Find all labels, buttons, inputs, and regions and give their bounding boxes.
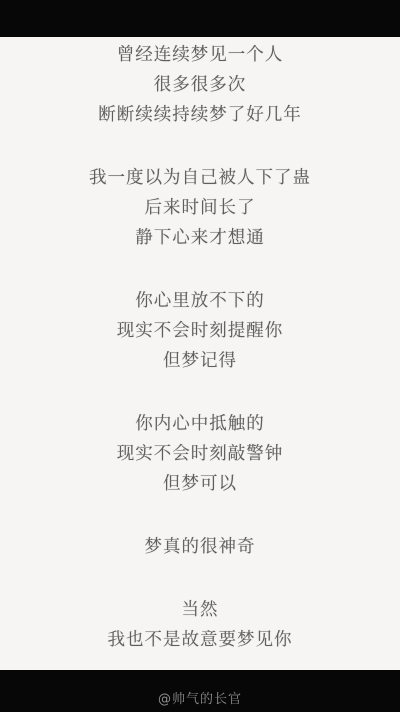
poem-line: 很多很多次 [0, 70, 400, 100]
stanza-6: 当然 我也不是故意要梦见你 [0, 595, 400, 655]
poem-line: 静下心来才想通 [0, 223, 400, 253]
poem-line: 你内心中抵触的 [0, 409, 400, 439]
poem-line: 后来时间长了 [0, 193, 400, 223]
letterbox-top-bar [0, 0, 400, 37]
poem-line: 你心里放不下的 [0, 286, 400, 316]
poem-line: 但梦记得 [0, 346, 400, 376]
stanza-2: 我一度以为自己被人下了蛊 后来时间长了 静下心来才想通 [0, 163, 400, 253]
stanza-5: 梦真的很神奇 [0, 532, 400, 562]
watermark-credit: @帅气的长官 [158, 693, 242, 707]
stanza-1: 曾经连续梦见一个人 很多很多次 断断续续持续梦了好几年 [0, 40, 400, 130]
poem-line: 当然 [0, 595, 400, 625]
letterbox-bottom-bar: @帅气的长官 [0, 670, 400, 712]
poem-line: 曾经连续梦见一个人 [0, 40, 400, 70]
poem-line: 断断续续持续梦了好几年 [0, 100, 400, 130]
poem-line: 现实不会时刻提醒你 [0, 316, 400, 346]
poem-text: 曾经连续梦见一个人 很多很多次 断断续续持续梦了好几年 我一度以为自己被人下了蛊… [0, 37, 400, 670]
poem-line: 但梦可以 [0, 469, 400, 499]
stanza-4: 你内心中抵触的 现实不会时刻敲警钟 但梦可以 [0, 409, 400, 499]
poem-line: 现实不会时刻敲警钟 [0, 439, 400, 469]
poem-line: 我也不是故意要梦见你 [0, 625, 400, 655]
poem-line: 梦真的很神奇 [0, 532, 400, 562]
stanza-3: 你心里放不下的 现实不会时刻提醒你 但梦记得 [0, 286, 400, 376]
poem-line: 我一度以为自己被人下了蛊 [0, 163, 400, 193]
text-image-post: 曾经连续梦见一个人 很多很多次 断断续续持续梦了好几年 我一度以为自己被人下了蛊… [0, 0, 400, 712]
